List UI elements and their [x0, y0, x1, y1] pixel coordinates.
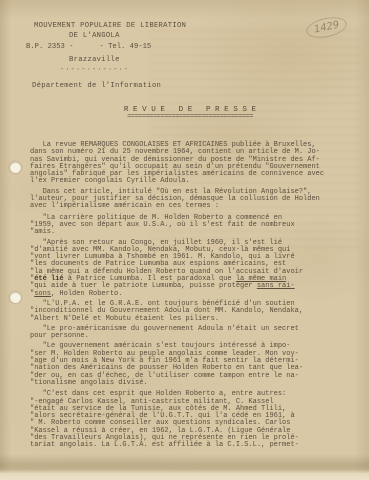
title-underline: ================================== — [20, 113, 360, 121]
paragraph-quote-1: "La carrière politique de M. Holden Robe… — [30, 215, 344, 237]
paragraph-quote-5: "Le gouvernement américain s'est toujour… — [30, 343, 344, 387]
city: Brazzaville — [69, 56, 120, 64]
paragraph-quote-2: "Après son retour au Congo, en juillet 1… — [30, 240, 344, 298]
dash-separator: -·-·-·-·-·-·- — [60, 66, 129, 74]
document-body: La revue REMARQUES CONGOLAISES ET AFRICA… — [30, 142, 344, 453]
department: Département de l'Information — [32, 82, 161, 90]
paragraph-intro: La revue REMARQUES CONGOLAISES ET AFRICA… — [30, 142, 344, 186]
punch-hole-bottom — [10, 292, 21, 303]
po-box: B.P. 2353 - — [26, 43, 73, 51]
scan-bottom-edge — [0, 454, 369, 480]
paragraph-quote-3: "L'U.P.A. et le G.R.A.E. ont toujours bé… — [30, 301, 344, 323]
contact-line: B.P. 2353 -- Tel. 49-15 — [26, 43, 151, 51]
quote-2-text: , Holden Roberto. — [51, 290, 122, 298]
org-name-line1: MOUVEMENT POPULAIRE DE LIBERATION — [34, 22, 186, 30]
phone-number: - Tel. 49-15 — [99, 43, 151, 51]
underlined-text: sans rai- — [257, 282, 295, 290]
org-name-line2: DE L'ANGOLA — [69, 32, 120, 40]
paragraph-quote-4: "Le pro-américanisme du gouvernement Ado… — [30, 326, 344, 341]
paragraph-quote-6: "C'est dans cet esprit que Holden Robert… — [30, 391, 344, 449]
underlined-text: sons — [34, 290, 51, 298]
paragraph-article-intro: Dans cet article, intitulé "Où en est la… — [30, 189, 344, 211]
punch-hole-top — [10, 162, 21, 173]
handwritten-archive-number: 1429 — [304, 14, 348, 41]
document-page: 1429 MOUVEMENT POPULAIRE DE LIBERATION D… — [0, 0, 369, 480]
